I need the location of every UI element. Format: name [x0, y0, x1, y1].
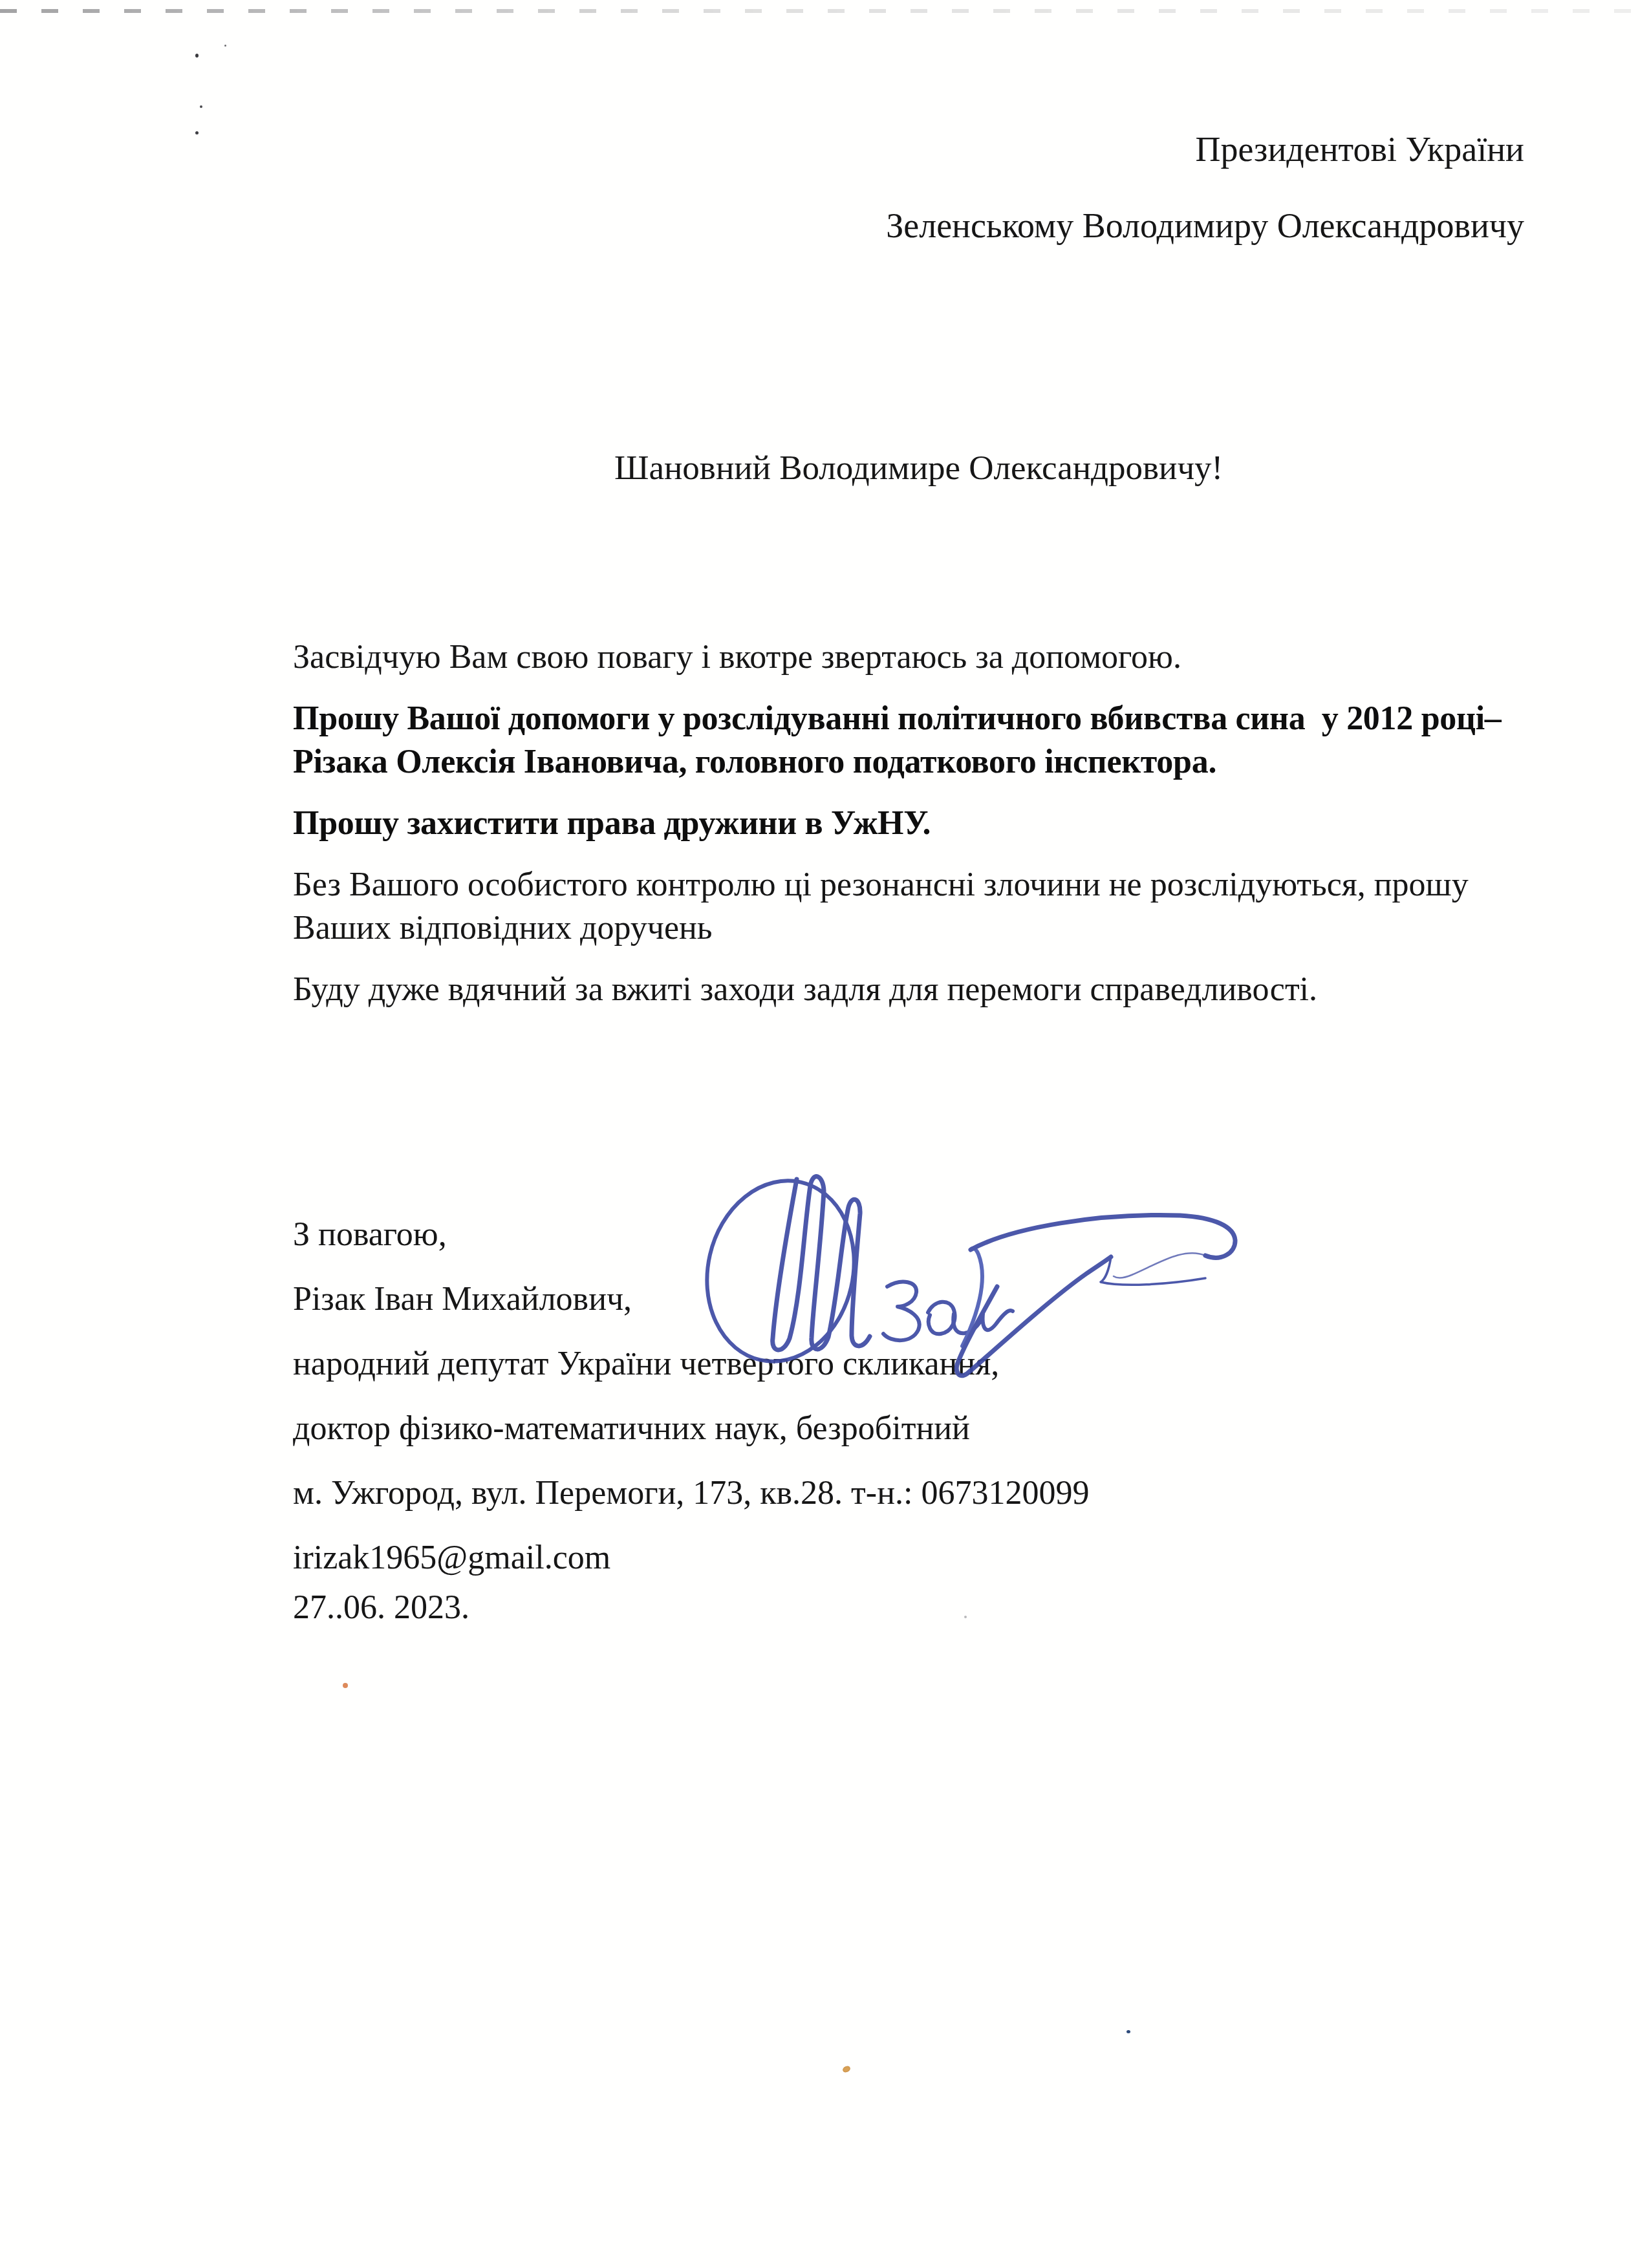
scan-speck	[195, 131, 199, 134]
paragraph-greeting-respect: Засвідчую Вам свою повагу і вкотре зверт…	[293, 636, 1528, 679]
stain-orange	[343, 1683, 348, 1688]
letter-date-line: 27..06. 2023.	[293, 1586, 1089, 1629]
sender-email-line: irizak1965@gmail.com	[293, 1536, 1089, 1579]
paragraph-gratitude: Буду дуже вдячний за вжиті заходи задля …	[293, 968, 1528, 1011]
recipient-line-2: Зеленському Володимиру Олександровичу	[886, 187, 1524, 264]
paragraph-control-note: Без Вашого особистого контролю ці резона…	[293, 863, 1528, 950]
scanned-letter-page: Президентові України Зеленському Володим…	[0, 0, 1649, 2268]
scan-speck	[224, 45, 226, 47]
scan-speck	[195, 54, 199, 58]
sender-address-phone-line: м. Ужгород, вул. Перемоги, 173, кв.28. т…	[293, 1471, 1089, 1515]
paragraph-request-rights: Прошу захистити права дружини в УжНУ.	[293, 802, 1528, 845]
letter-body: Засвідчую Вам свою повагу і вкотре зверт…	[293, 636, 1528, 1029]
recipient-block: Президентові України Зеленському Володим…	[886, 111, 1524, 264]
salutation-line: Шановний Володимире Олександровичу!	[614, 449, 1223, 487]
scanner-edge-artifact	[0, 9, 1649, 13]
signature-ink	[634, 1151, 1248, 1409]
scan-speck	[964, 1616, 967, 1618]
ink-speck-blue	[1126, 2030, 1130, 2033]
paragraph-request-investigation: Прошу Вашої допомоги у розслідуванні пол…	[293, 697, 1528, 784]
scan-speck	[200, 105, 202, 108]
stain-orange	[842, 2065, 852, 2073]
recipient-line-1: Президентові України	[886, 111, 1524, 187]
sender-title-degree-line: доктор фізико-математичних наук, безробі…	[293, 1407, 1089, 1450]
